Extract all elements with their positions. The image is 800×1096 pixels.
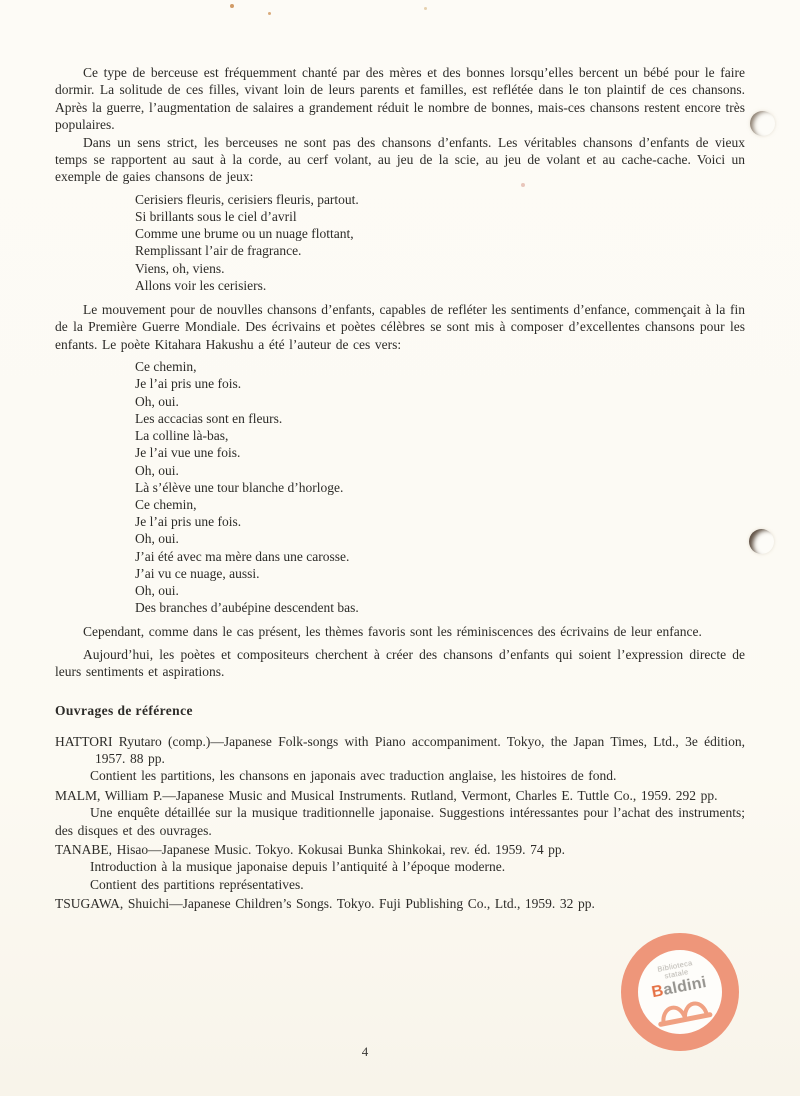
bibliography-note: Contient les partitions, les chansons en… [55,767,745,784]
poem-line: Oh, oui. [135,530,745,547]
poem-line: Si brillants sous le ciel d’avril [135,208,745,225]
bibliography-entry-tanabe: TANABE, Hisao—Japanese Music. Tokyo. Kok… [55,841,745,858]
page-number: 4 [330,1044,400,1060]
poem-line: Cerisiers fleuris, cerisiers fleuris, pa… [135,191,745,208]
poem-line: Oh, oui. [135,462,745,479]
poem-line: Des branches d’aubépine descendent bas. [135,599,745,616]
poem-line: Je l’ai vue une fois. [135,444,745,461]
bibliography-entry-tsugawa: TSUGAWA, Shuichi—Japanese Children’s Son… [55,895,745,912]
poem-line: Allons voir les cerisiers. [135,277,745,294]
poem-line: Remplissant l’air de fragrance. [135,242,745,259]
bibliography-entry-malm: MALM, William P.—Japanese Music and Musi… [55,787,745,804]
paragraph-today: Aujourd’hui, les poètes et compositeurs … [55,646,745,681]
bibliography-note: Une enquête détaillée sur la musique tra… [55,804,745,839]
paragraph-lullabies: Ce type de berceuse est fréquemment chan… [55,64,745,134]
references-heading: Ouvrages de référence [55,703,745,719]
poem-line: Ce chemin, [135,496,745,513]
bibliography-note: Contient des partitions représentatives. [55,876,745,893]
poem-line: Je l’ai pris une fois. [135,375,745,392]
poem-line: Comme une brume ou un nuage flottant, [135,225,745,242]
poem-line: J’ai été avec ma mère dans une carosse. [135,548,745,565]
paragraph-strict-sense: Dans un sens strict, les berceuses ne so… [55,134,745,186]
poem-line: Ce chemin, [135,358,745,375]
poem-line: J’ai vu ce nuage, aussi. [135,565,745,582]
poem-cherry-blossoms: Cerisiers fleuris, cerisiers fleuris, pa… [135,191,745,294]
scanned-book-page: { "page": { "number": "4", "background":… [0,0,800,1096]
poem-kitahara-hakushu: Ce chemin, Je l’ai pris une fois. Oh, ou… [135,358,745,616]
poem-line: Là s’élève une tour blanche d’horloge. [135,479,745,496]
paragraph-favorite-themes: Cependant, comme dans le cas présent, le… [55,623,745,640]
poem-line: Je l’ai pris une fois. [135,513,745,530]
text-block: Ce type de berceuse est fréquemment chan… [0,0,800,1096]
poem-line: Oh, oui. [135,582,745,599]
bibliography-note: Introduction à la musique japonaise depu… [55,858,745,875]
poem-line: Viens, oh, viens. [135,260,745,277]
poem-line: Les accacias sont en fleurs. [135,410,745,427]
poem-line: Oh, oui. [135,393,745,410]
poem-line: La colline là-bas, [135,427,745,444]
paragraph-new-songs-movement: Le mouvement pour de nouvlles chansons d… [55,301,745,353]
bibliography-entry-hattori: HATTORI Ryutaro (comp.)—Japanese Folk-so… [55,733,745,768]
